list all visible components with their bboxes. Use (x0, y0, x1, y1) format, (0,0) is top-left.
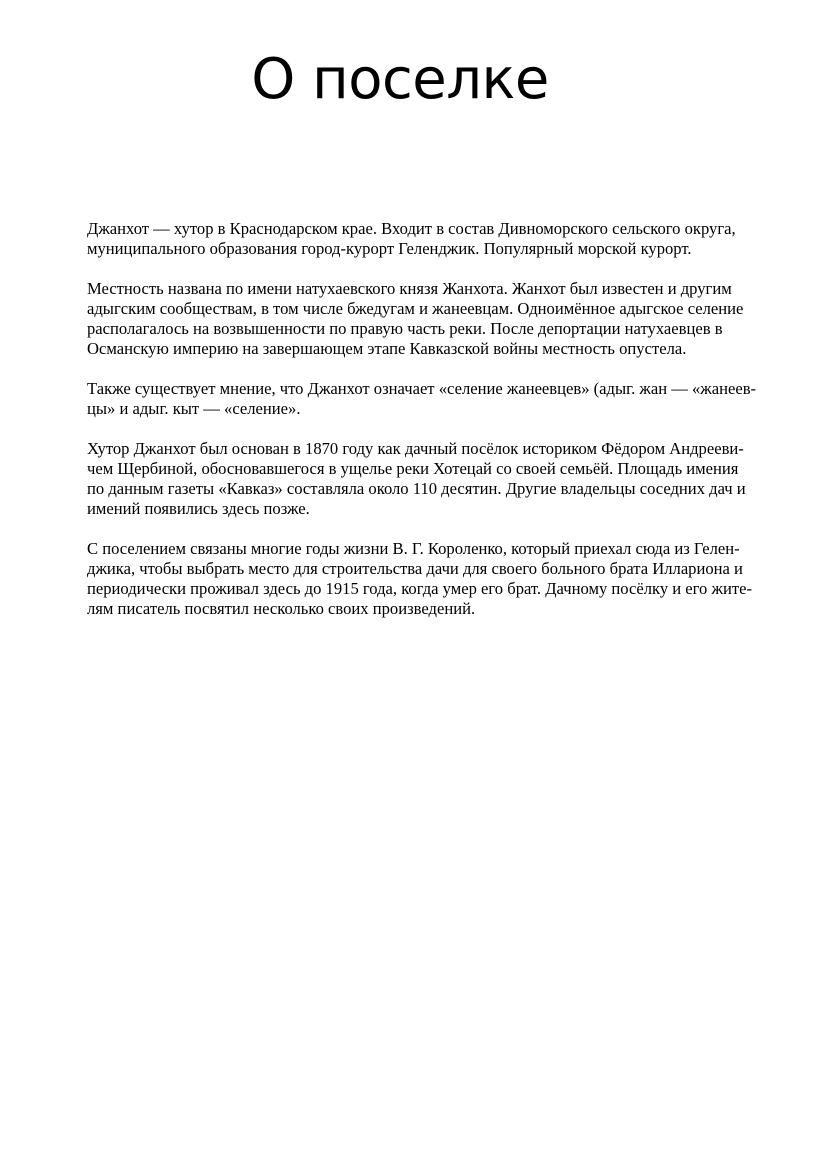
page-title: О поселке (0, 44, 800, 116)
paragraph-korolenko: С поселением связаны многие годы жизни В… (87, 539, 767, 619)
document-page: О поселке Джанхот — хутор в Краснодарско… (0, 0, 827, 1170)
text-line: цы» и адыг. кыт — «селение». (87, 399, 767, 419)
text-line: лям писатель посвятил несколько своих пр… (87, 599, 767, 619)
paragraph-name-origin: Местность названа по имени натухаевского… (87, 279, 767, 359)
text-line: имений появились здесь позже. (87, 499, 767, 519)
text-line: Хутор Джанхот был основан в 1870 году ка… (87, 439, 767, 459)
text-line: Джанхот — хутор в Краснодарском крае. Вх… (87, 219, 767, 239)
paragraph-etymology: Также существует мнение, что Джанхот озн… (87, 379, 767, 419)
article-body: Джанхот — хутор в Краснодарском крае. Вх… (87, 219, 767, 639)
text-line: муниципального образования город-курорт … (87, 239, 767, 259)
text-line: располагалось на возвышенности по правую… (87, 319, 767, 339)
text-line: джика, чтобы выбрать место для строитель… (87, 559, 767, 579)
text-line: Также существует мнение, что Джанхот озн… (87, 379, 767, 399)
paragraph-founding: Хутор Джанхот был основан в 1870 году ка… (87, 439, 767, 519)
text-line: Османскую империю на завершающем этапе К… (87, 339, 767, 359)
text-line: периодически проживал здесь до 1915 года… (87, 579, 767, 599)
text-line: по данным газеты «Кавказ» составляла око… (87, 479, 767, 499)
text-line: чем Щербиной, обосновавшегося в ущелье р… (87, 459, 767, 479)
text-line: Местность названа по имени натухаевского… (87, 279, 767, 299)
text-line: С поселением связаны многие годы жизни В… (87, 539, 767, 559)
paragraph-intro: Джанхот — хутор в Краснодарском крае. Вх… (87, 219, 767, 259)
text-line: адыгским сообществам, в том числе бжедуг… (87, 299, 767, 319)
